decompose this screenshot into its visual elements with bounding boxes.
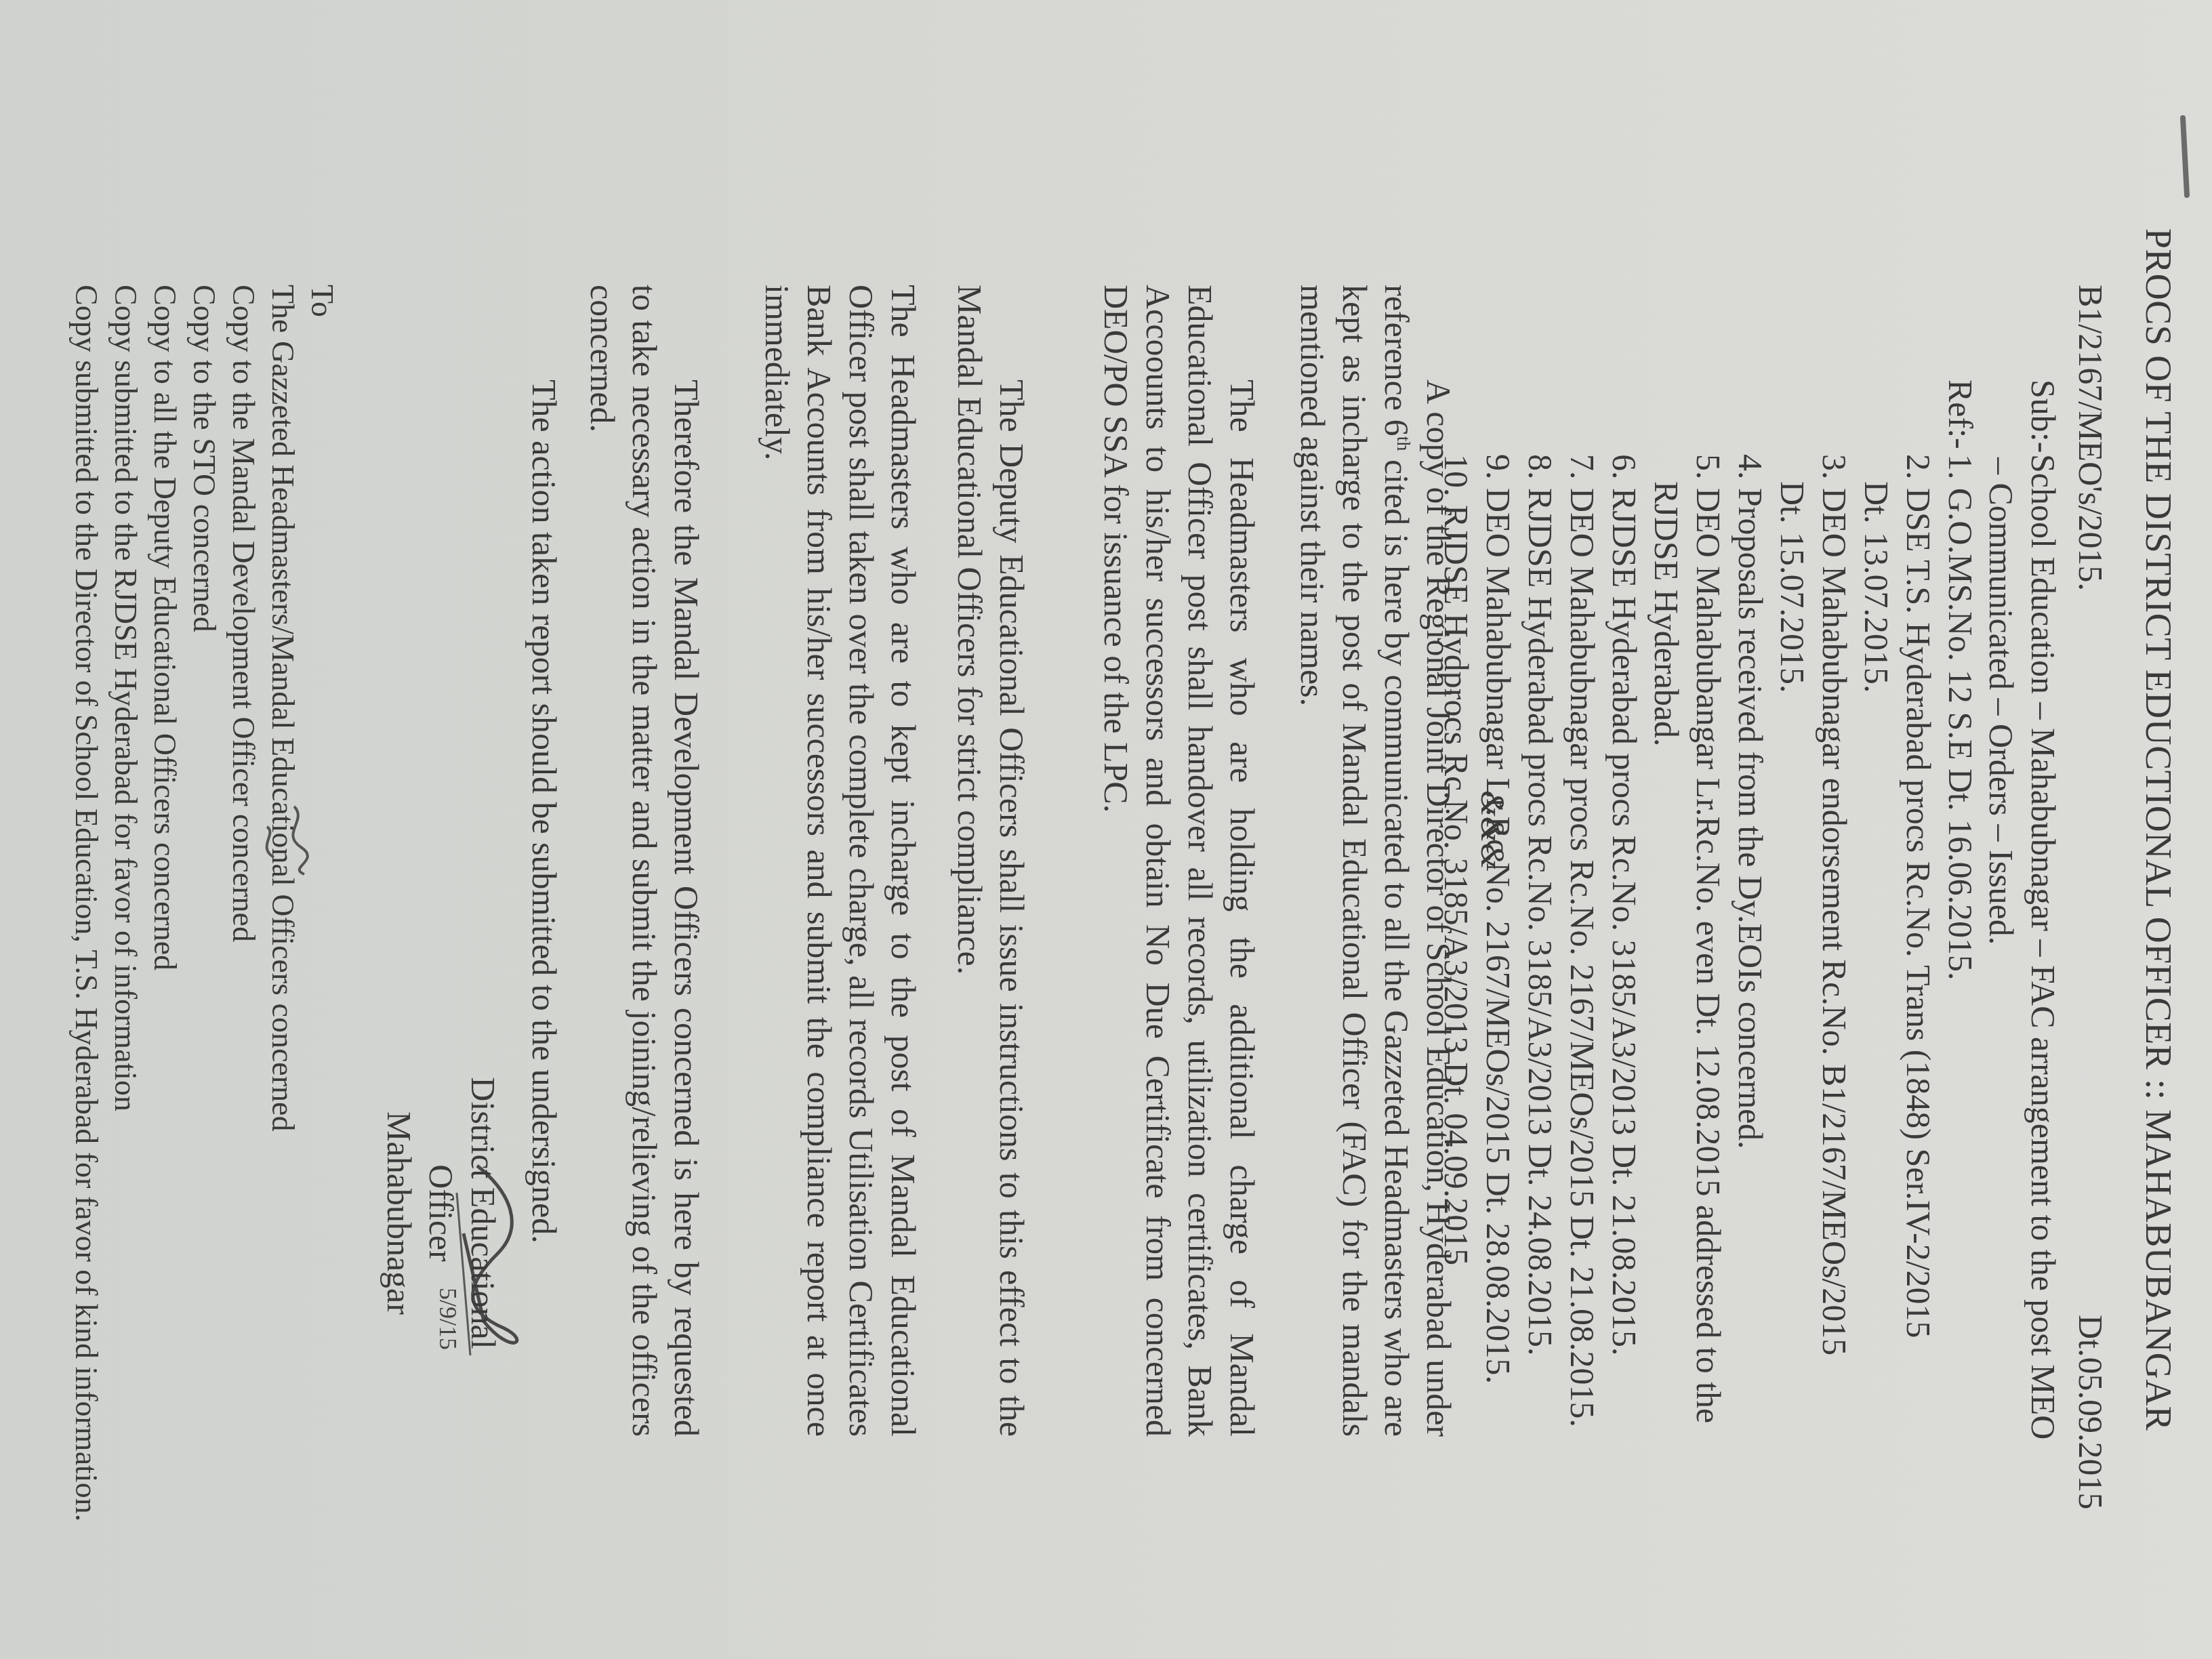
reference-item: 1. G.O.MS.No. 12 S.E Dt. 16.06.2015. xyxy=(1940,454,1982,1532)
paragraph-4: The Headmasters who are to kept incharge… xyxy=(756,285,924,1437)
paragraph-2-text: The Headmasters who are holding the addi… xyxy=(1095,285,1263,1437)
paragraph-5: Therefore the Mandal Development Officer… xyxy=(581,285,708,1437)
distribution-line: Copy submitted to the RJDSE Hyderabad fo… xyxy=(106,285,145,1572)
document-date: Dt.05.09.2015 xyxy=(2070,1315,2112,1510)
subject-block: Sub:-School Education – Mahabubnagar – F… xyxy=(1980,380,2064,1532)
section-separator: &&& xyxy=(1472,0,1514,1659)
paragraph-4-text: The Headmasters who are to kept incharge… xyxy=(756,285,924,1437)
paragraph-1-end: cited is here by communicated to all the… xyxy=(1294,285,1416,1437)
paragraph-1: A copy of the Regional Joint Director of… xyxy=(1292,285,1460,1437)
signature-block: District Educational Officer Mahabubnaga… xyxy=(378,1037,504,1389)
reference-item: 7. DEO Mahabubnagar procs Rc.No. 2167/ME… xyxy=(1561,454,1603,1532)
to-label: To xyxy=(302,285,342,1572)
distribution-block: To The Gazzeted Headmasters/Mandal Educa… xyxy=(66,285,342,1572)
distribution-list: The Gazzeted Headmasters/Mandal Educatio… xyxy=(66,285,302,1572)
document-title: PROCS OF THE DISTRICT EDUCTIONAL OFFICER… xyxy=(2137,0,2179,1659)
signatory-designation: District Educational Officer xyxy=(420,1037,504,1389)
reference-item: 2. DSE T.S. Hyderabad procs Rc.No. Trans… xyxy=(1898,454,1940,1532)
references-label: Ref:- xyxy=(1940,380,1982,449)
reference-item-continuation: Dt. 13.07.2015. xyxy=(1856,454,1898,1532)
distribution-line: The Gazzeted Headmasters/Mandal Educatio… xyxy=(263,285,302,1572)
paragraph-3-text: The Deputy Educational Officers shall is… xyxy=(949,285,1033,1437)
distribution-line: Copy to the Mandal Development Officer c… xyxy=(224,285,263,1572)
subject-line-1: School Education – Mahabubnagar – FAC ar… xyxy=(2024,454,2062,1439)
reference-item-continuation: Dt. 15.07.2015. xyxy=(1771,454,1814,1532)
references-block: Ref:- 1. G.O.MS.No. 12 S.E Dt. 16.06.201… xyxy=(1435,380,1982,1532)
paragraph-2: The Headmasters who are holding the addi… xyxy=(1095,285,1263,1437)
distribution-line: Copy submitted to the Director of School… xyxy=(66,285,106,1572)
reference-item: 5. DEO Mahabubangar Lr.Rc.No. even Dt. 1… xyxy=(1687,454,1729,1532)
distribution-line: Copy to all the Deputy Educational Offic… xyxy=(145,285,184,1572)
signatory-place: Mahabubnagar xyxy=(378,1037,420,1389)
reference-item-continuation: RJDSE Hyderabad. xyxy=(1645,454,1687,1532)
distribution-line: Copy to the STO concerned xyxy=(184,285,224,1572)
staple-mark xyxy=(2180,115,2190,198)
subject-label: Sub:- xyxy=(2022,380,2064,454)
reference-item: 4. Proposals received from the Dy.EOIs c… xyxy=(1729,454,1771,1532)
document-page: PROCS OF THE DISTRICT EDUCTIONAL OFFICER… xyxy=(0,0,2212,1659)
ordinal-suffix: th xyxy=(1393,436,1414,451)
reference-item: 3. DEO Mahabubnagar endorsement Rc.No. B… xyxy=(1814,454,1856,1532)
reference-item: 6. RJDSE Hyderabad procs Rc.No. 3185/A3/… xyxy=(1603,454,1645,1532)
paragraph-3: The Deputy Educational Officers shall is… xyxy=(949,285,1033,1437)
reference-item: 8. RJDSE Hyderabad procs Rc.No. 3185/A3/… xyxy=(1519,454,1561,1532)
paragraph-5-text: Therefore the Mandal Development Officer… xyxy=(581,285,708,1437)
file-number: B1/2167/MEO's/2015. xyxy=(2070,285,2112,591)
references-list: 1. G.O.MS.No. 12 S.E Dt. 16.06.2015.2. D… xyxy=(1435,380,1982,1532)
subject-line-2: – Communicated – Orders – Issued. xyxy=(1980,380,2022,1532)
